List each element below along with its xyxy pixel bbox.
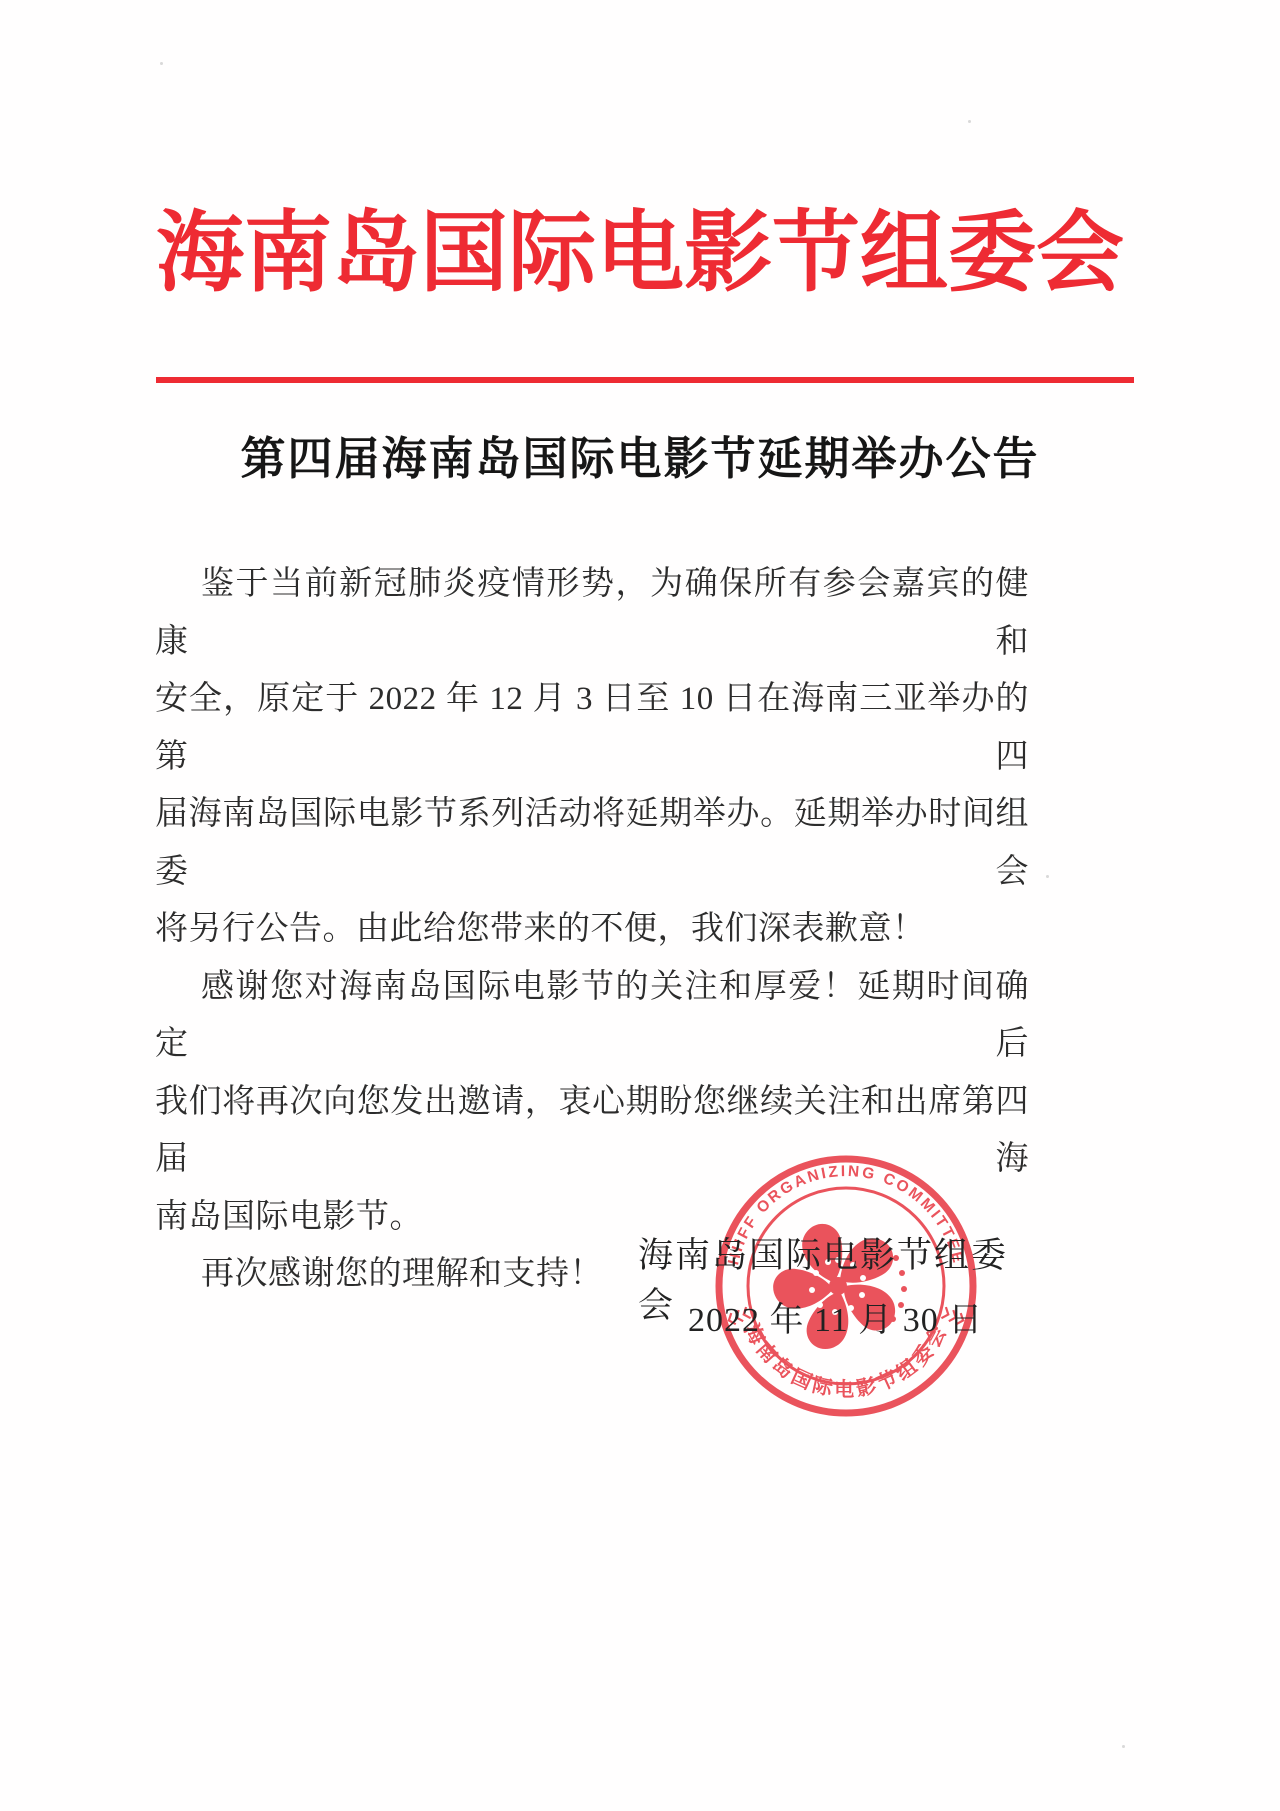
document-page: 海南岛国际电影节组委会 第四届海南岛国际电影节延期举办公告 鉴于当前新冠肺炎疫情… (0, 0, 1280, 1811)
body-line: 感谢您对海南岛国际电影节的关注和厚爱！延期时间确定后 (155, 959, 1029, 1074)
body-line: 鉴于当前新冠肺炎疫情形势，为确保所有参会嘉宾的健康和 (155, 556, 1029, 671)
notice-title: 第四届海南岛国际电影节延期举办公告 (0, 428, 1280, 490)
body-line: 将另行公告。由此给您带来的不便，我们深表歉意！ (155, 901, 1029, 959)
scan-speck (968, 120, 971, 123)
scan-speck (1046, 875, 1049, 878)
scan-speck (1122, 1745, 1125, 1748)
signature-date: 2022 年 11 月 30 日 (688, 1292, 1008, 1341)
body-line: 届海南岛国际电影节系列活动将延期举办。延期举办时间组委会 (155, 786, 1029, 901)
letterhead-divider-rule (156, 377, 1134, 383)
scan-speck (160, 62, 163, 65)
body-line: 安全，原定于 2022 年 12 月 3 日至 10 日在海南三亚举办的第四 (155, 671, 1029, 786)
letterhead-title: 海南岛国际电影节组委会 (0, 196, 1280, 314)
